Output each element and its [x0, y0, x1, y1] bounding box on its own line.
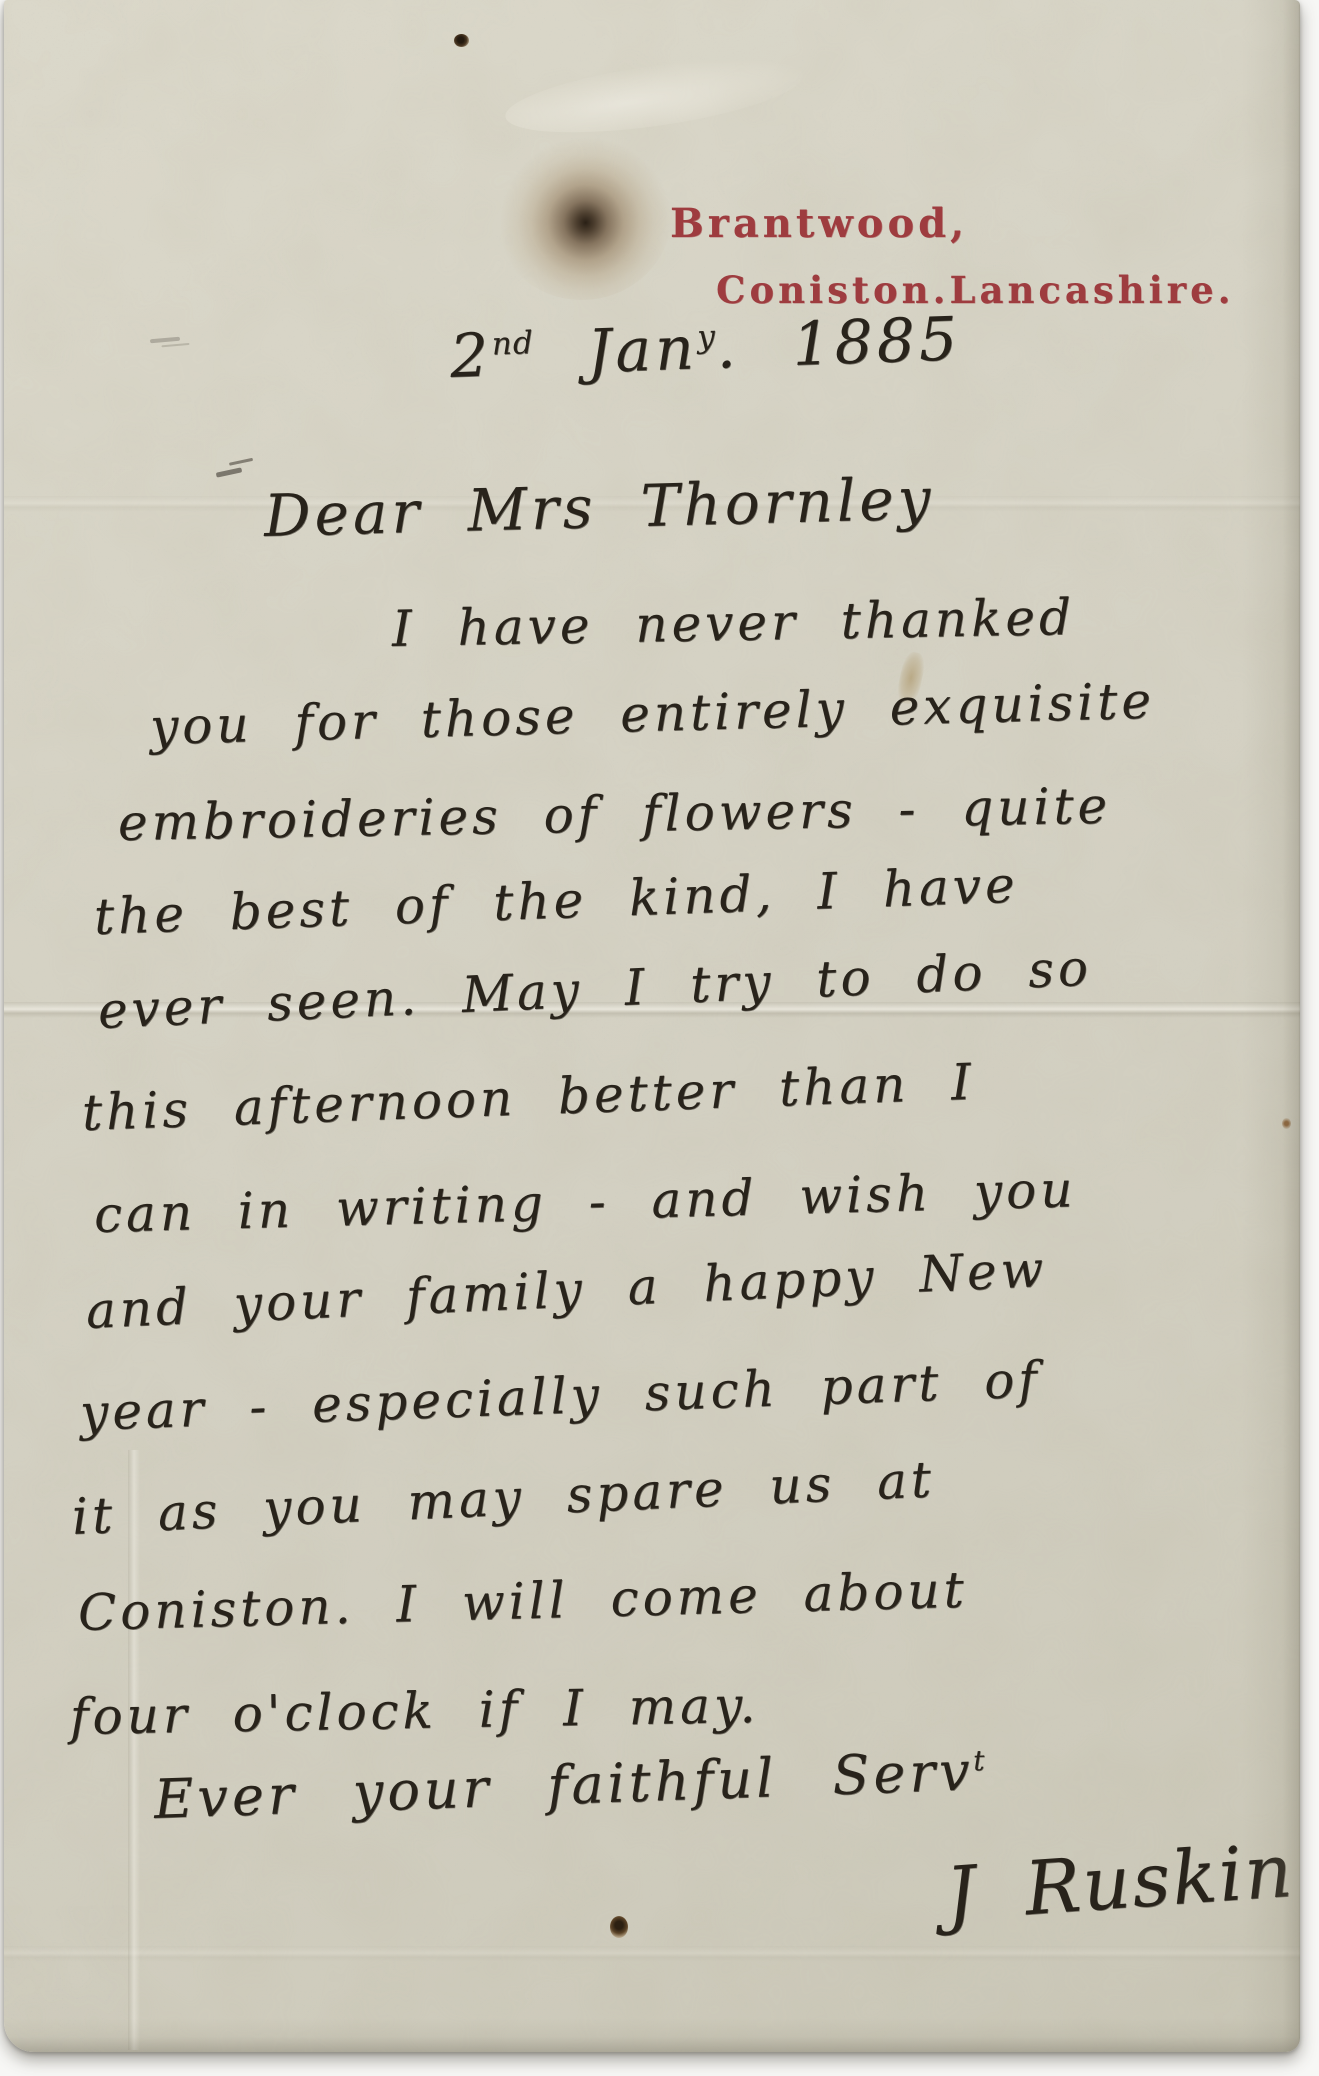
letterhead-line1: Brantwood, — [670, 200, 968, 247]
handwritten-line: year - especially such part of — [79, 1350, 1042, 1442]
handwritten-line: I have never thanked — [391, 588, 1075, 658]
handwritten-line: four o'clock if I may. — [69, 1676, 759, 1746]
closing-superscript: t — [973, 1744, 986, 1777]
handwritten-line: you for those entirely exquisite — [149, 672, 1155, 756]
handwritten-line: this afternoon better than I — [81, 1053, 976, 1142]
closing-text: Ever your faithful Serv — [153, 1739, 975, 1831]
handwritten-line: embroideries of flowers - quite — [117, 777, 1111, 852]
date-day-ordinal: nd — [491, 325, 534, 362]
paper-edge-bottom — [4, 2018, 1300, 2052]
date-line: 2nd Jany. 1885 — [449, 304, 962, 392]
date-year: 1885 — [791, 304, 962, 380]
burn-stain — [492, 128, 672, 300]
handwritten-line: and your family a happy New — [85, 1240, 1049, 1340]
letter-paper: Brantwood, Coniston.Lancashire. 2nd Jany… — [4, 0, 1300, 2052]
pinhole — [454, 34, 469, 47]
salutation: Dear Mrs Thornley — [263, 464, 935, 550]
letter-scan: Brantwood, Coniston.Lancashire. 2nd Jany… — [0, 0, 1319, 2076]
handwritten-line: can in writing - and wish you — [93, 1160, 1077, 1244]
ink-smudge — [150, 337, 180, 344]
date-separator: . — [715, 312, 741, 383]
paper-edge-right — [1242, 0, 1300, 2052]
handwritten-line: it as you may spare us at — [71, 1450, 936, 1546]
fold-crease — [4, 1946, 1300, 1962]
date-day: 2 — [449, 321, 494, 392]
handwritten-line: ever seen. May I try to do so — [97, 939, 1093, 1040]
letterhead-line2: Coniston.Lancashire. — [716, 268, 1235, 312]
pinhole — [610, 1916, 628, 1938]
date-month-superscript: y — [697, 319, 717, 356]
closing-line: Ever your faithful Servt — [153, 1739, 987, 1831]
ink-smudge — [216, 467, 242, 477]
date-month: Jan — [586, 313, 699, 387]
handwritten-line: Coniston. I will come about — [77, 1561, 968, 1642]
handwritten-line: the best of the kind, I have — [93, 856, 1020, 946]
paper-scuff — [501, 45, 806, 146]
